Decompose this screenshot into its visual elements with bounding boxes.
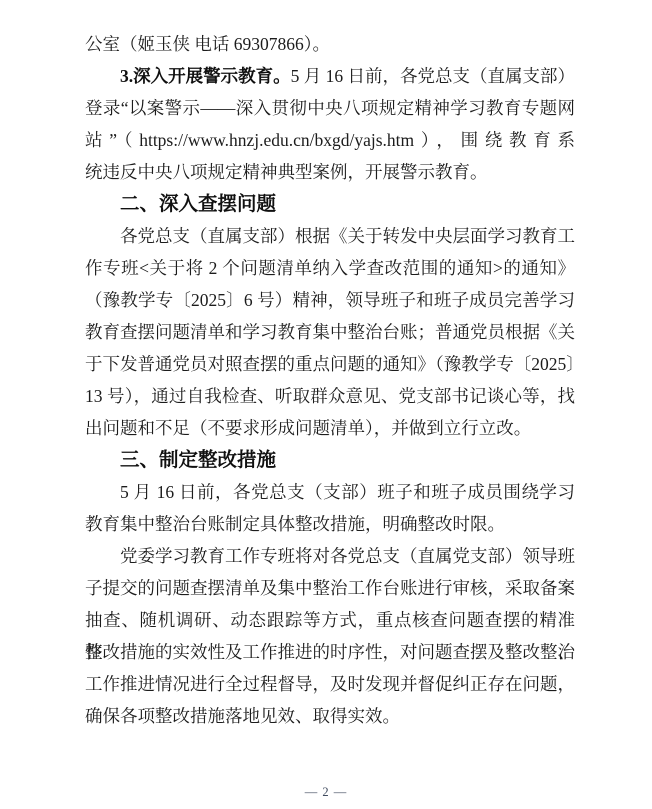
text-line: 整改措施的实效性及工作推进的时序性，对问题查摆及整改整治	[85, 636, 575, 668]
text-line: 子提交的问题查摆清单及集中整治工作台账进行审核，采取备案	[85, 572, 575, 604]
text-line: 站”（https://www.hnzj.edu.cn/bxgd/yajs.htm…	[85, 124, 575, 156]
text-line: 公室（姬玉侠 电话 69307866）。	[85, 28, 575, 60]
document-page: 公室（姬玉侠 电话 69307866）。3.深入开展警示教育。5 月 16 日前…	[0, 0, 652, 809]
text-line: 教育集中整治台账制定具体整改措施，明确整改时限。	[85, 508, 575, 540]
text-line: 13 号），通过自我检查、听取群众意见、党支部书记谈心等，找	[85, 380, 575, 412]
text-line: 于下发普通党员对照查摆的重点问题的通知》（豫教学专〔2025〕	[85, 348, 575, 380]
text-line: （豫教学专〔2025〕6 号）精神，领导班子和班子成员完善学习	[85, 284, 575, 316]
page-number: — 2 —	[305, 785, 348, 799]
text-line: 3.深入开展警示教育。5 月 16 日前，各党总支（直属支部）	[85, 60, 575, 92]
text-line: 确保各项整改措施落地见效、取得实效。	[85, 700, 575, 732]
bold-lead-text: 3.深入开展警示教育。	[120, 66, 291, 86]
section-heading: 二、深入查摆问题	[85, 188, 575, 220]
text-line: 工作推进情况进行全过程督导，及时发现并督促纠正存在问题，	[85, 668, 575, 700]
text-line: 抽查、随机调研、动态跟踪等方式，重点核查问题查摆的精准性、	[85, 604, 575, 636]
page-footer: — 2 —	[0, 783, 652, 801]
text-line: 作专班<关于将 2 个问题清单纳入学查改范围的通知>的通知》	[85, 252, 575, 284]
text-line: 统违反中央八项规定精神典型案例，开展警示教育。	[85, 156, 575, 188]
text-line: 各党总支（直属支部）根据《关于转发中央层面学习教育工	[85, 220, 575, 252]
text-line: 教育查摆问题清单和学习教育集中整治台账；普通党员根据《关	[85, 316, 575, 348]
text-line: 党委学习教育工作专班将对各党总支（直属党支部）领导班	[85, 540, 575, 572]
document-body: 公室（姬玉侠 电话 69307866）。3.深入开展警示教育。5 月 16 日前…	[85, 28, 575, 732]
text-line: 5 月 16 日前，各党总支（支部）班子和班子成员围绕学习	[85, 476, 575, 508]
section-heading: 三、制定整改措施	[85, 444, 575, 476]
text-line: 登录“以案警示——深入贯彻中央八项规定精神学习教育专题网	[85, 92, 575, 124]
text-line: 出问题和不足（不要求形成问题清单），并做到立行立改。	[85, 412, 575, 444]
